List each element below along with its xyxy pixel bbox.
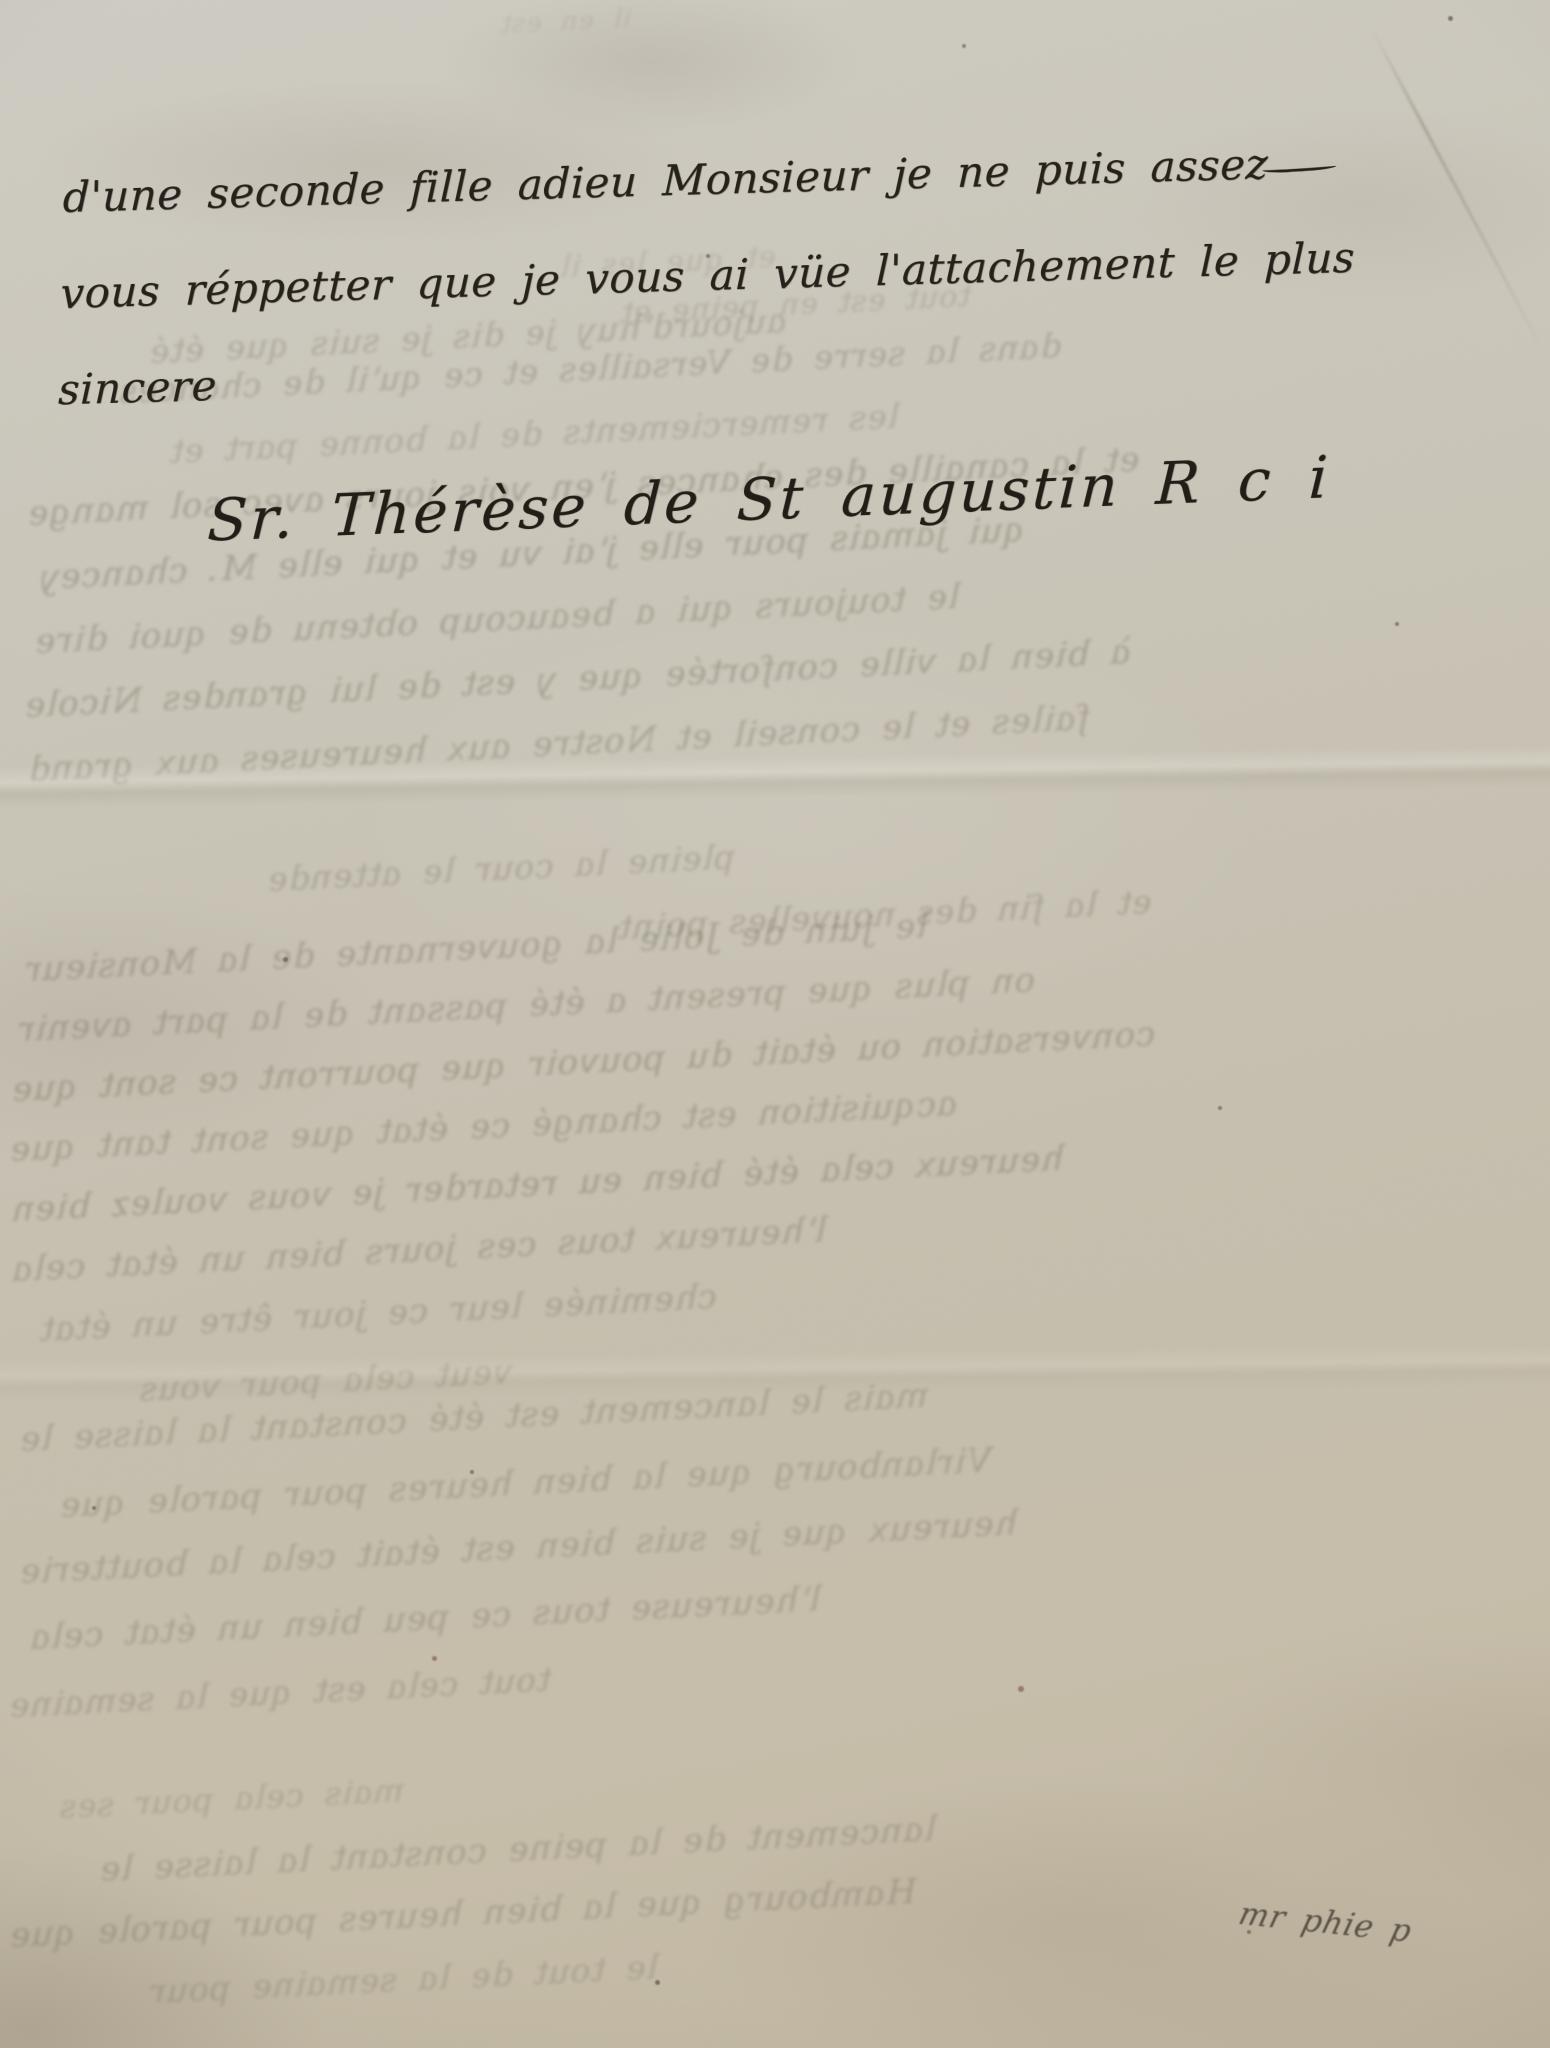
letter-body: d'une seconde fille adieu Monsieur je ne… (57, 116, 1274, 438)
paper-speck (1218, 1106, 1222, 1110)
paper-speck (962, 44, 966, 48)
paper-speck (706, 254, 710, 258)
paper-speck (1448, 16, 1453, 21)
paper-speck (470, 1470, 474, 1474)
rust-spot (1018, 1686, 1024, 1692)
paper-speck (283, 957, 288, 962)
paper-speck (1395, 622, 1399, 626)
paper-speck (1247, 1930, 1251, 1934)
paper-speck (92, 1506, 96, 1510)
letter-photograph: { "document": { "kind": "handwritten-let… (0, 0, 1550, 2048)
rust-spot (432, 1656, 437, 1661)
paper-speck (655, 1980, 660, 1985)
